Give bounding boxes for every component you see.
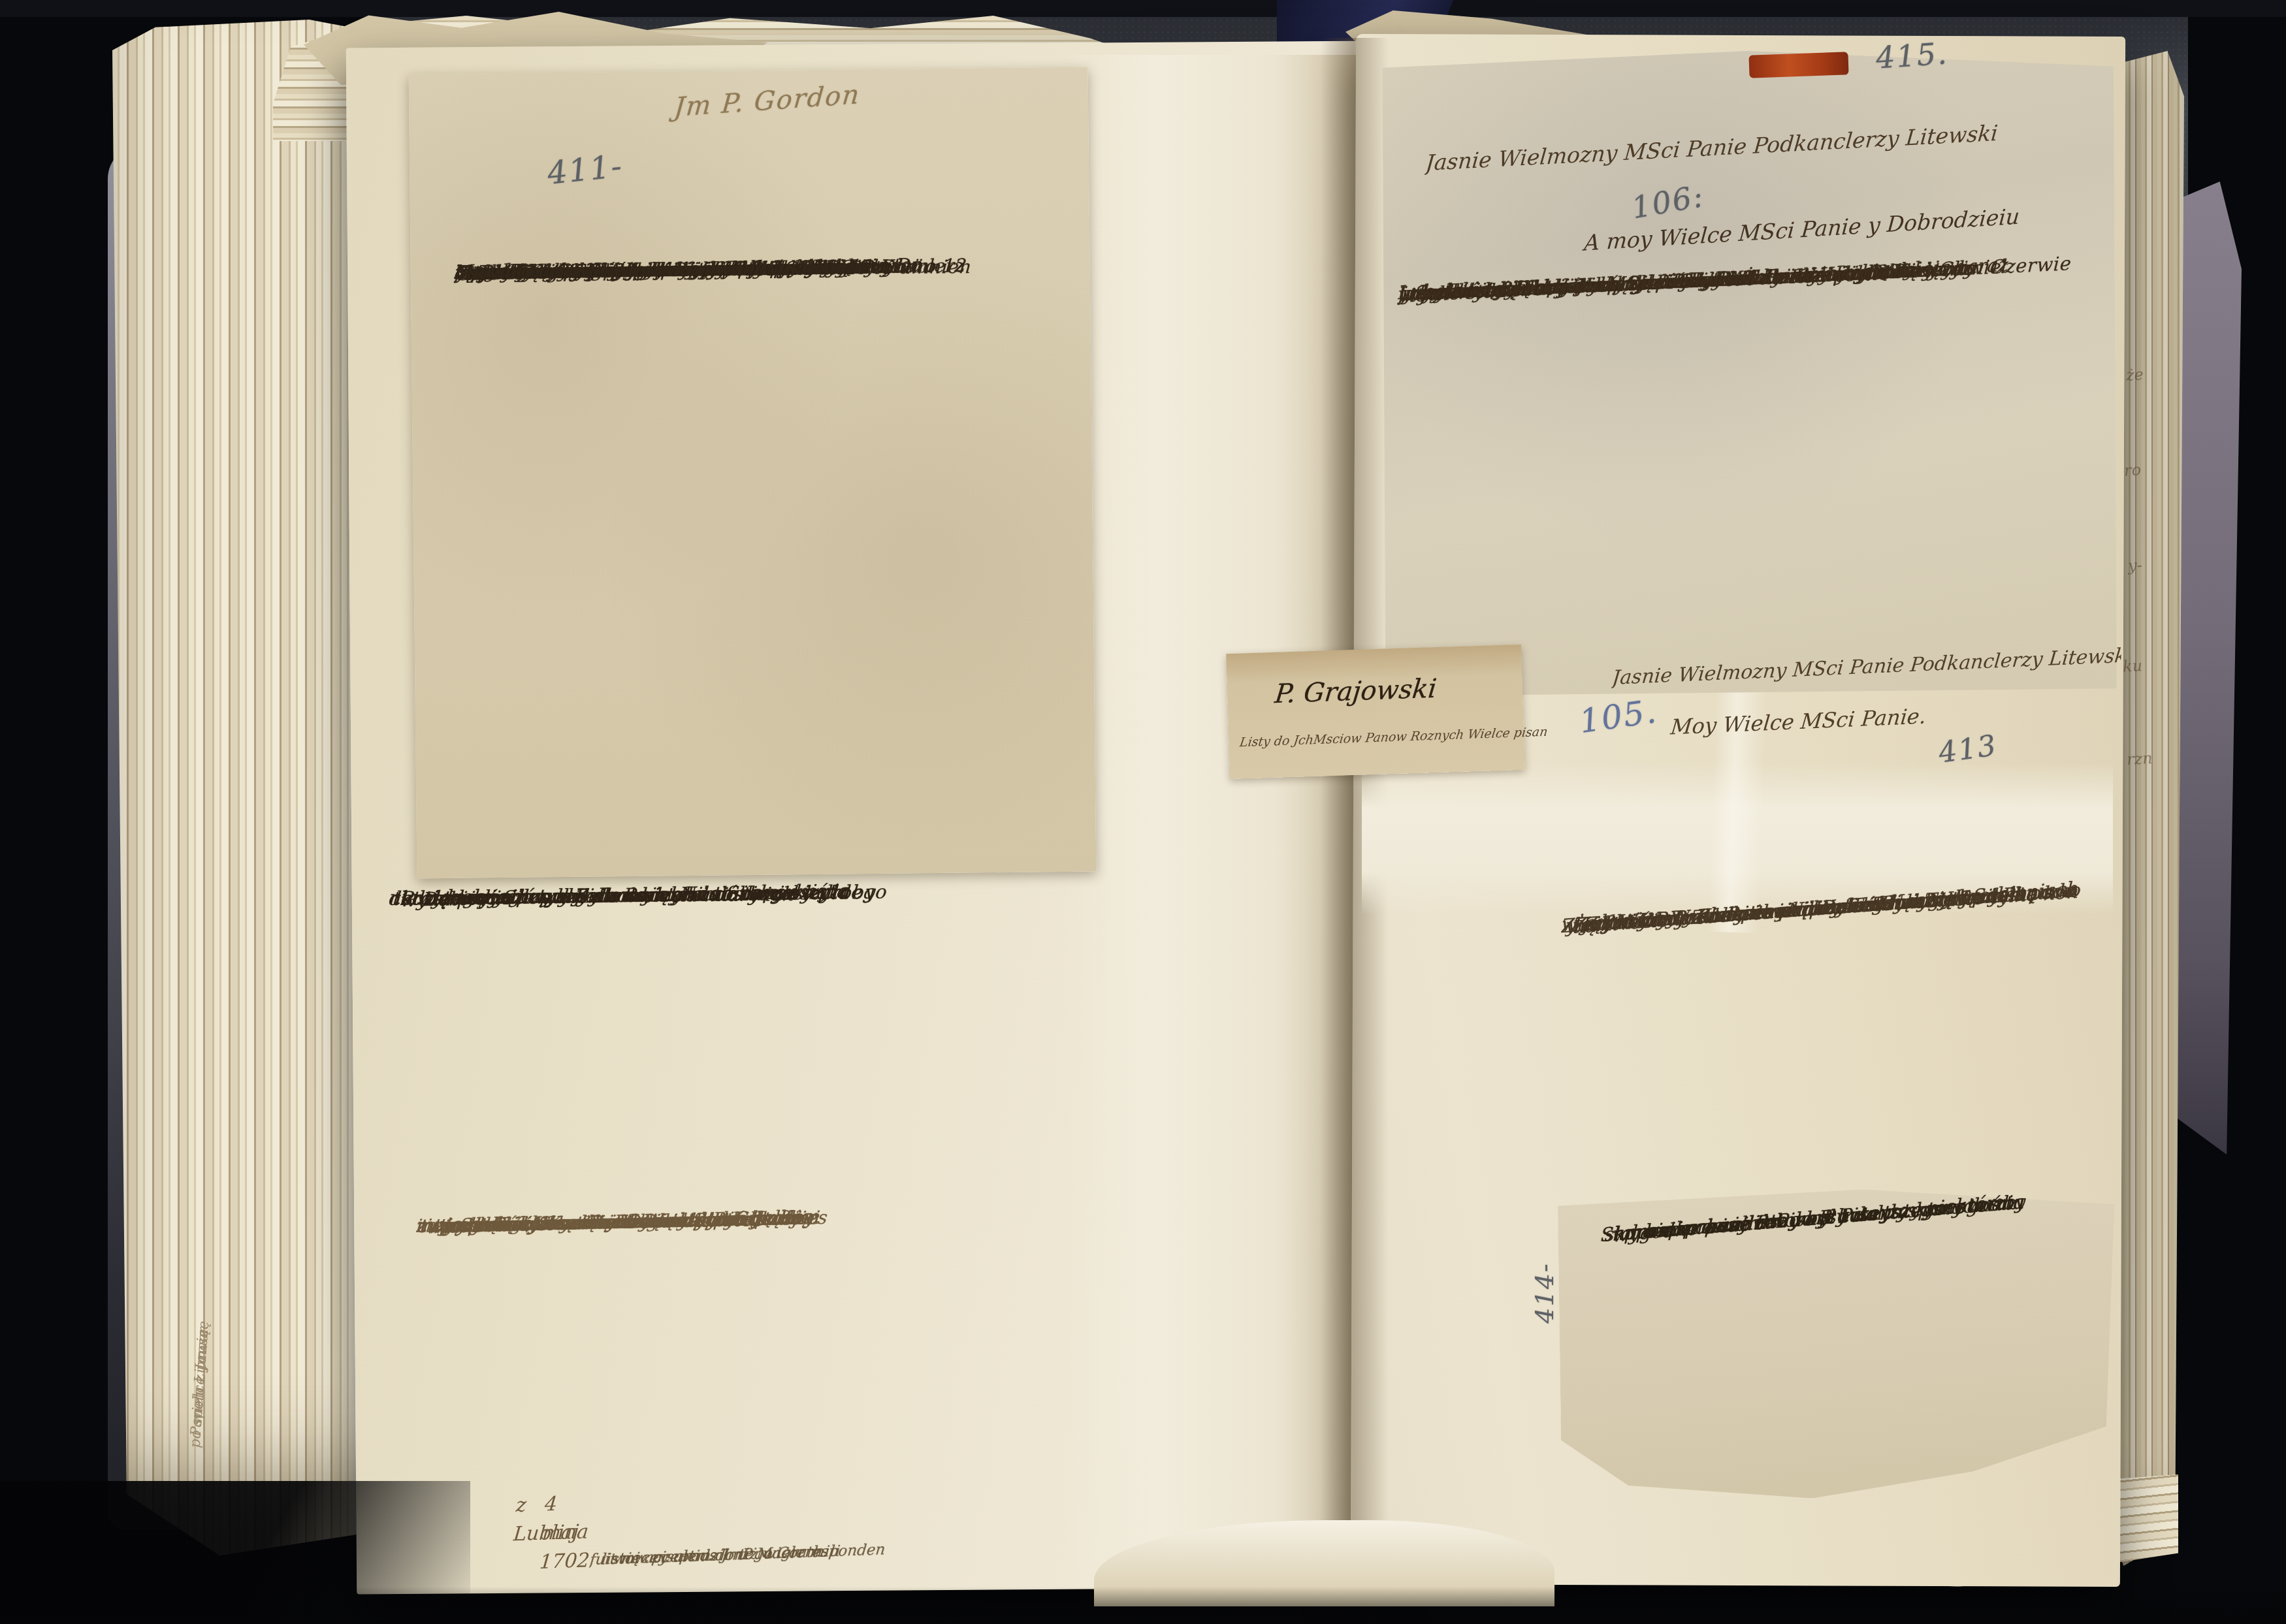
gordon-letter-paper bbox=[409, 67, 1097, 879]
backdrop-top-strip bbox=[0, 0, 2286, 17]
grajowski-docket-title: P. Grajowski bbox=[1274, 674, 1438, 710]
folio-number-414: 414- bbox=[1530, 1262, 1559, 1323]
dateline-date: 4 maj 1702 bbox=[538, 1489, 596, 1577]
edge-text-fragment: ku bbox=[2122, 656, 2142, 676]
bottom-vignette-shadow bbox=[0, 1587, 2286, 1624]
folio-number-415: 415. bbox=[1875, 35, 1949, 76]
left-page-blank-fold bbox=[1063, 55, 1365, 1588]
edge-text-fragment: że bbox=[2125, 365, 2144, 384]
edge-text-fragment: y- bbox=[2127, 556, 2142, 575]
book-cover-right-cloth bbox=[2174, 182, 2242, 1154]
red-wax-seal-fragment bbox=[1748, 52, 1848, 78]
edge-text-fragment: rzn bbox=[2126, 749, 2153, 769]
edge-text-fragment: ro bbox=[2123, 460, 2141, 479]
grajowski-docket-slip bbox=[1226, 645, 1525, 779]
archival-manuscript-photo: Jm P. Gordon y postanowię. Skończywszy s… bbox=[0, 0, 2286, 1624]
